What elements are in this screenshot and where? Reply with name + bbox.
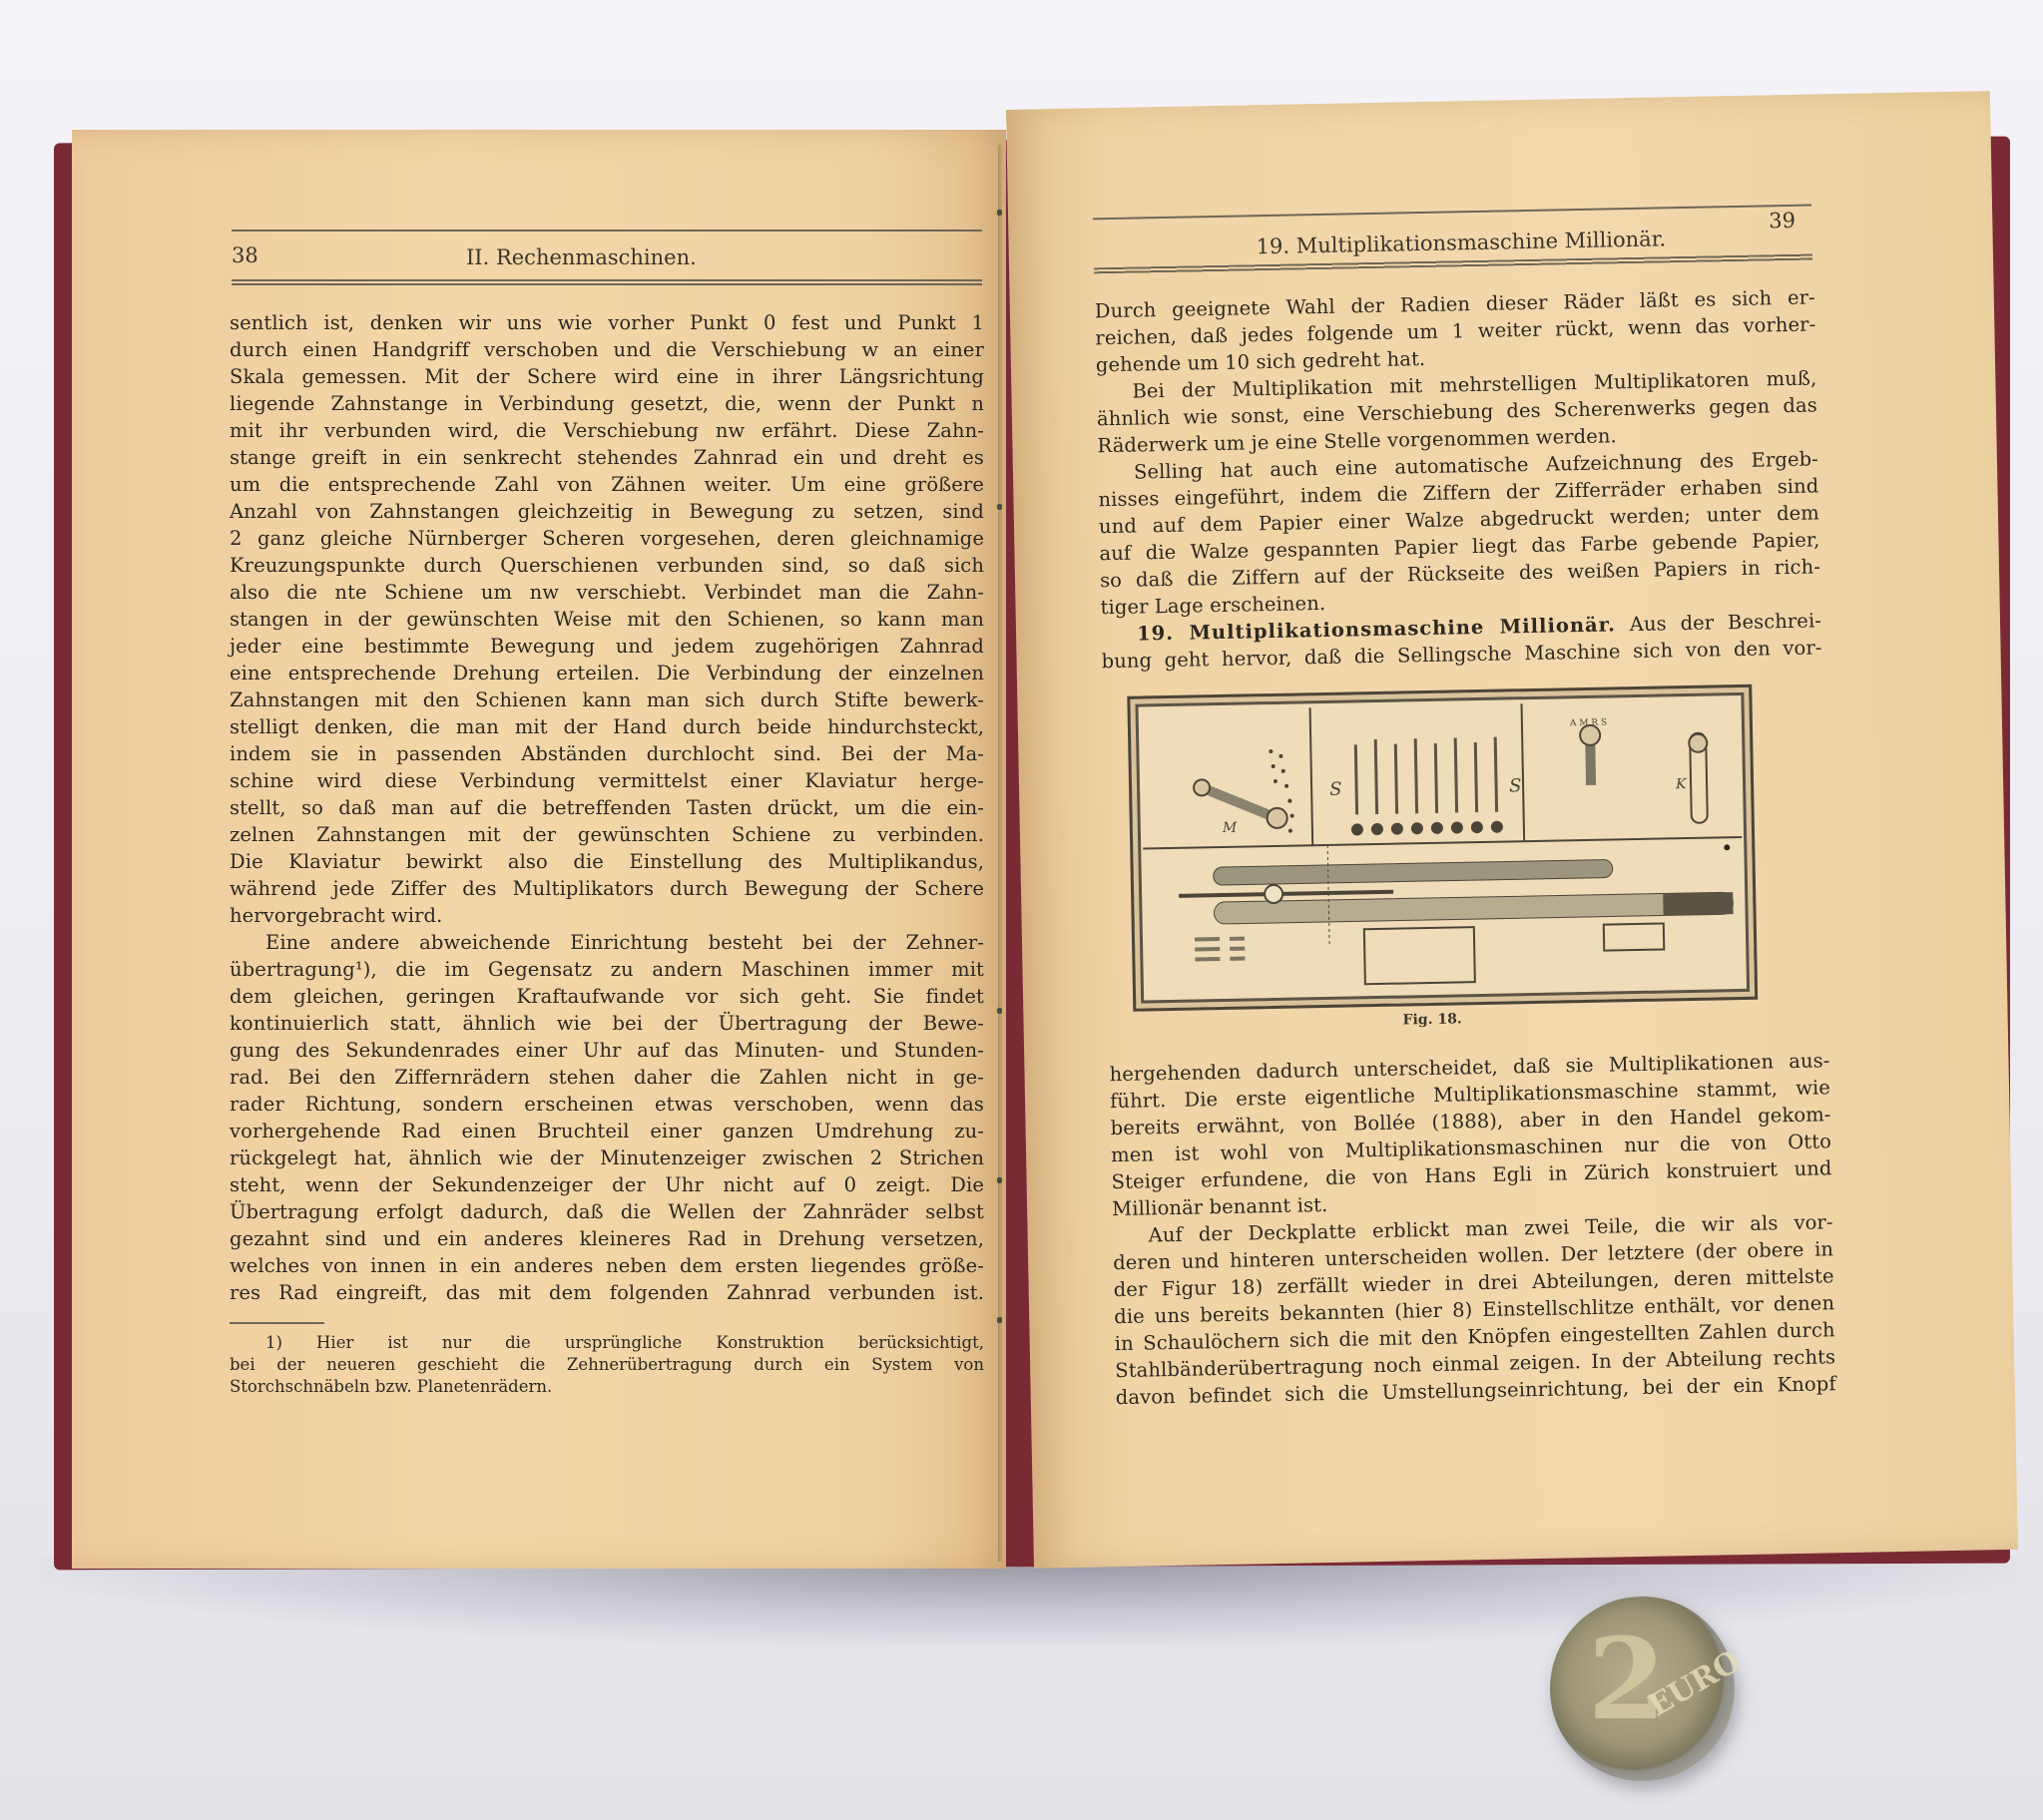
text-line: Die Klaviatur bewirkt also die Einstellu… [230,848,984,875]
binding-stitch [997,1177,1002,1183]
text-line: liegende Zahnstange in Verbindung gesetz… [230,390,984,417]
footnote-line: bei der neueren geschieht die Zehnerüber… [230,1354,984,1376]
text-line: eine entsprechende Drehung erteilen. Die… [230,660,984,686]
footnote-line: Storchschnäbeln bzw. Planetenrädern. [230,1376,984,1398]
text-line: Übertragung erfolgt dadurch, daß die Wel… [230,1198,984,1225]
text-line: Eine andere abweichende Einrichtung best… [230,929,984,956]
text-line: gezahnt sind und ein anderes kleineres R… [230,1225,984,1252]
text-line: Zahnstangen mit den Schienen kann man si… [230,686,984,713]
text-line: um die entsprechende Zahl von Zähnen wei… [230,471,984,498]
page-number: 38 [232,243,258,267]
text-line: 2 ganz gleiche Nürnberger Scheren vorges… [230,525,984,552]
footnote: 1) Hier ist nur die ursprüngliche Konstr… [230,1332,984,1398]
text-line: durch einen Handgriff verschoben und die… [230,336,984,363]
text-line: indem sie in passenden Abständen durchlo… [230,740,984,767]
text-line: rad. Bei den Ziffernrädern stehen daher … [230,1064,984,1091]
binding-stitch [997,1317,1002,1323]
book-gutter [998,145,1002,1562]
text-line: jeder eine bestimmte Bewegung und jedem … [230,633,984,660]
svg-text:K: K [1675,776,1688,792]
text-line: Skala gemessen. Mit der Schere wird eine… [230,363,984,390]
text-line: stange greift in ein senkrecht stehendes… [230,444,984,471]
left-body-text: sentlich ist, denken wir uns wie vorher … [230,309,984,1306]
text-line: vorhergehende Rad einen Bruchteil einer … [230,1118,984,1144]
right-page: 19. Multiplikationsmaschine Millionär. 3… [1006,91,2018,1569]
two-euro-coin: 2 EURO [1550,1596,1735,1781]
page-number: 39 [1769,209,1795,233]
text-line: stelligt denken, die man mit der Hand du… [230,713,984,740]
text-line: zelnen Zahnstangen mit der gewünschten S… [230,821,984,848]
header-rule-top [232,229,982,231]
text-line: also die nte Schiene um nw verschiebt. V… [230,579,984,606]
text-line: stellt, so daß man auf die betreffenden … [230,794,984,821]
text-line: während jede Ziffer des Multiplikators d… [230,875,984,902]
figure-caption: Fig. 18. [1402,1011,1461,1028]
text-line: mit ihr verbunden wird, die Verschiebung… [230,417,984,444]
text-line: steht, wenn der Sekundenzeiger der Uhr n… [230,1171,984,1198]
text-line: gung des Sekundenrades einer Uhr auf das… [230,1037,984,1064]
book-shadow [40,1557,2016,1646]
text-line: Kreuzungspunkte durch Querschienen verbu… [230,552,984,579]
text-line: kontinuierlich statt, ähnlich wie bei de… [230,1010,984,1037]
svg-text:M: M [1222,820,1238,836]
text-line: res Rad eingreift, das mit dem folgenden… [230,1279,984,1306]
binding-stitch [997,210,1002,216]
text-fragment: Aus der Beschrei- [1630,609,1822,636]
running-head: 19. Multiplikationsmaschine Millionär. [1256,227,1666,258]
right-body-text-bottom: hergehenden dadurch unterscheidet, daß s… [1109,1047,1836,1411]
millionaire-machine-illustration: S S M K A M R S [1130,687,1755,1009]
coin-denomination: 2 [1588,1614,1666,1745]
text-line: sentlich ist, denken wir uns wie vorher … [230,309,984,336]
text-line: schine wird diese Verbindung vermittelst… [230,767,984,794]
text-line: dem gleichen, geringen Kraftaufwande vor… [230,983,984,1010]
text-line: welches von innen in ein anderes neben d… [230,1252,984,1279]
text-line: übertragung¹), die im Gegensatz zu ander… [230,956,984,983]
footnote-rule [230,1322,324,1324]
binding-stitch [997,504,1002,510]
header-rule-bottom [232,279,982,285]
text-line: rückgelegt hat, ähnlich wie der Minutenz… [230,1144,984,1171]
footnote-line: 1) Hier ist nur die ursprüngliche Konstr… [230,1332,984,1354]
text-line: Anzahl von Zahnstangen gleichzeitig in B… [230,498,984,525]
text-line: rader Richtung, sondern erscheinen etwas… [230,1091,984,1118]
left-page: 38 II. Rechenmaschinen. sentlich ist, de… [72,130,1006,1569]
header-rule-bottom [1094,254,1812,274]
figure-18-machine-diagram: S S M K A M R S [1127,684,1758,1012]
right-body-text-top: Durch geeignete Wahl der Radien dieser R… [1095,283,1822,675]
running-head: II. Rechenmaschinen. [466,245,697,269]
svg-text:S: S [1329,779,1342,800]
text-line: hervorgebracht wird. [230,902,984,929]
binding-stitch [997,1008,1002,1014]
svg-text:S: S [1509,775,1522,796]
text-line: stangen in der gewünschten Weise mit den… [230,606,984,633]
header-rule-top [1093,205,1811,221]
